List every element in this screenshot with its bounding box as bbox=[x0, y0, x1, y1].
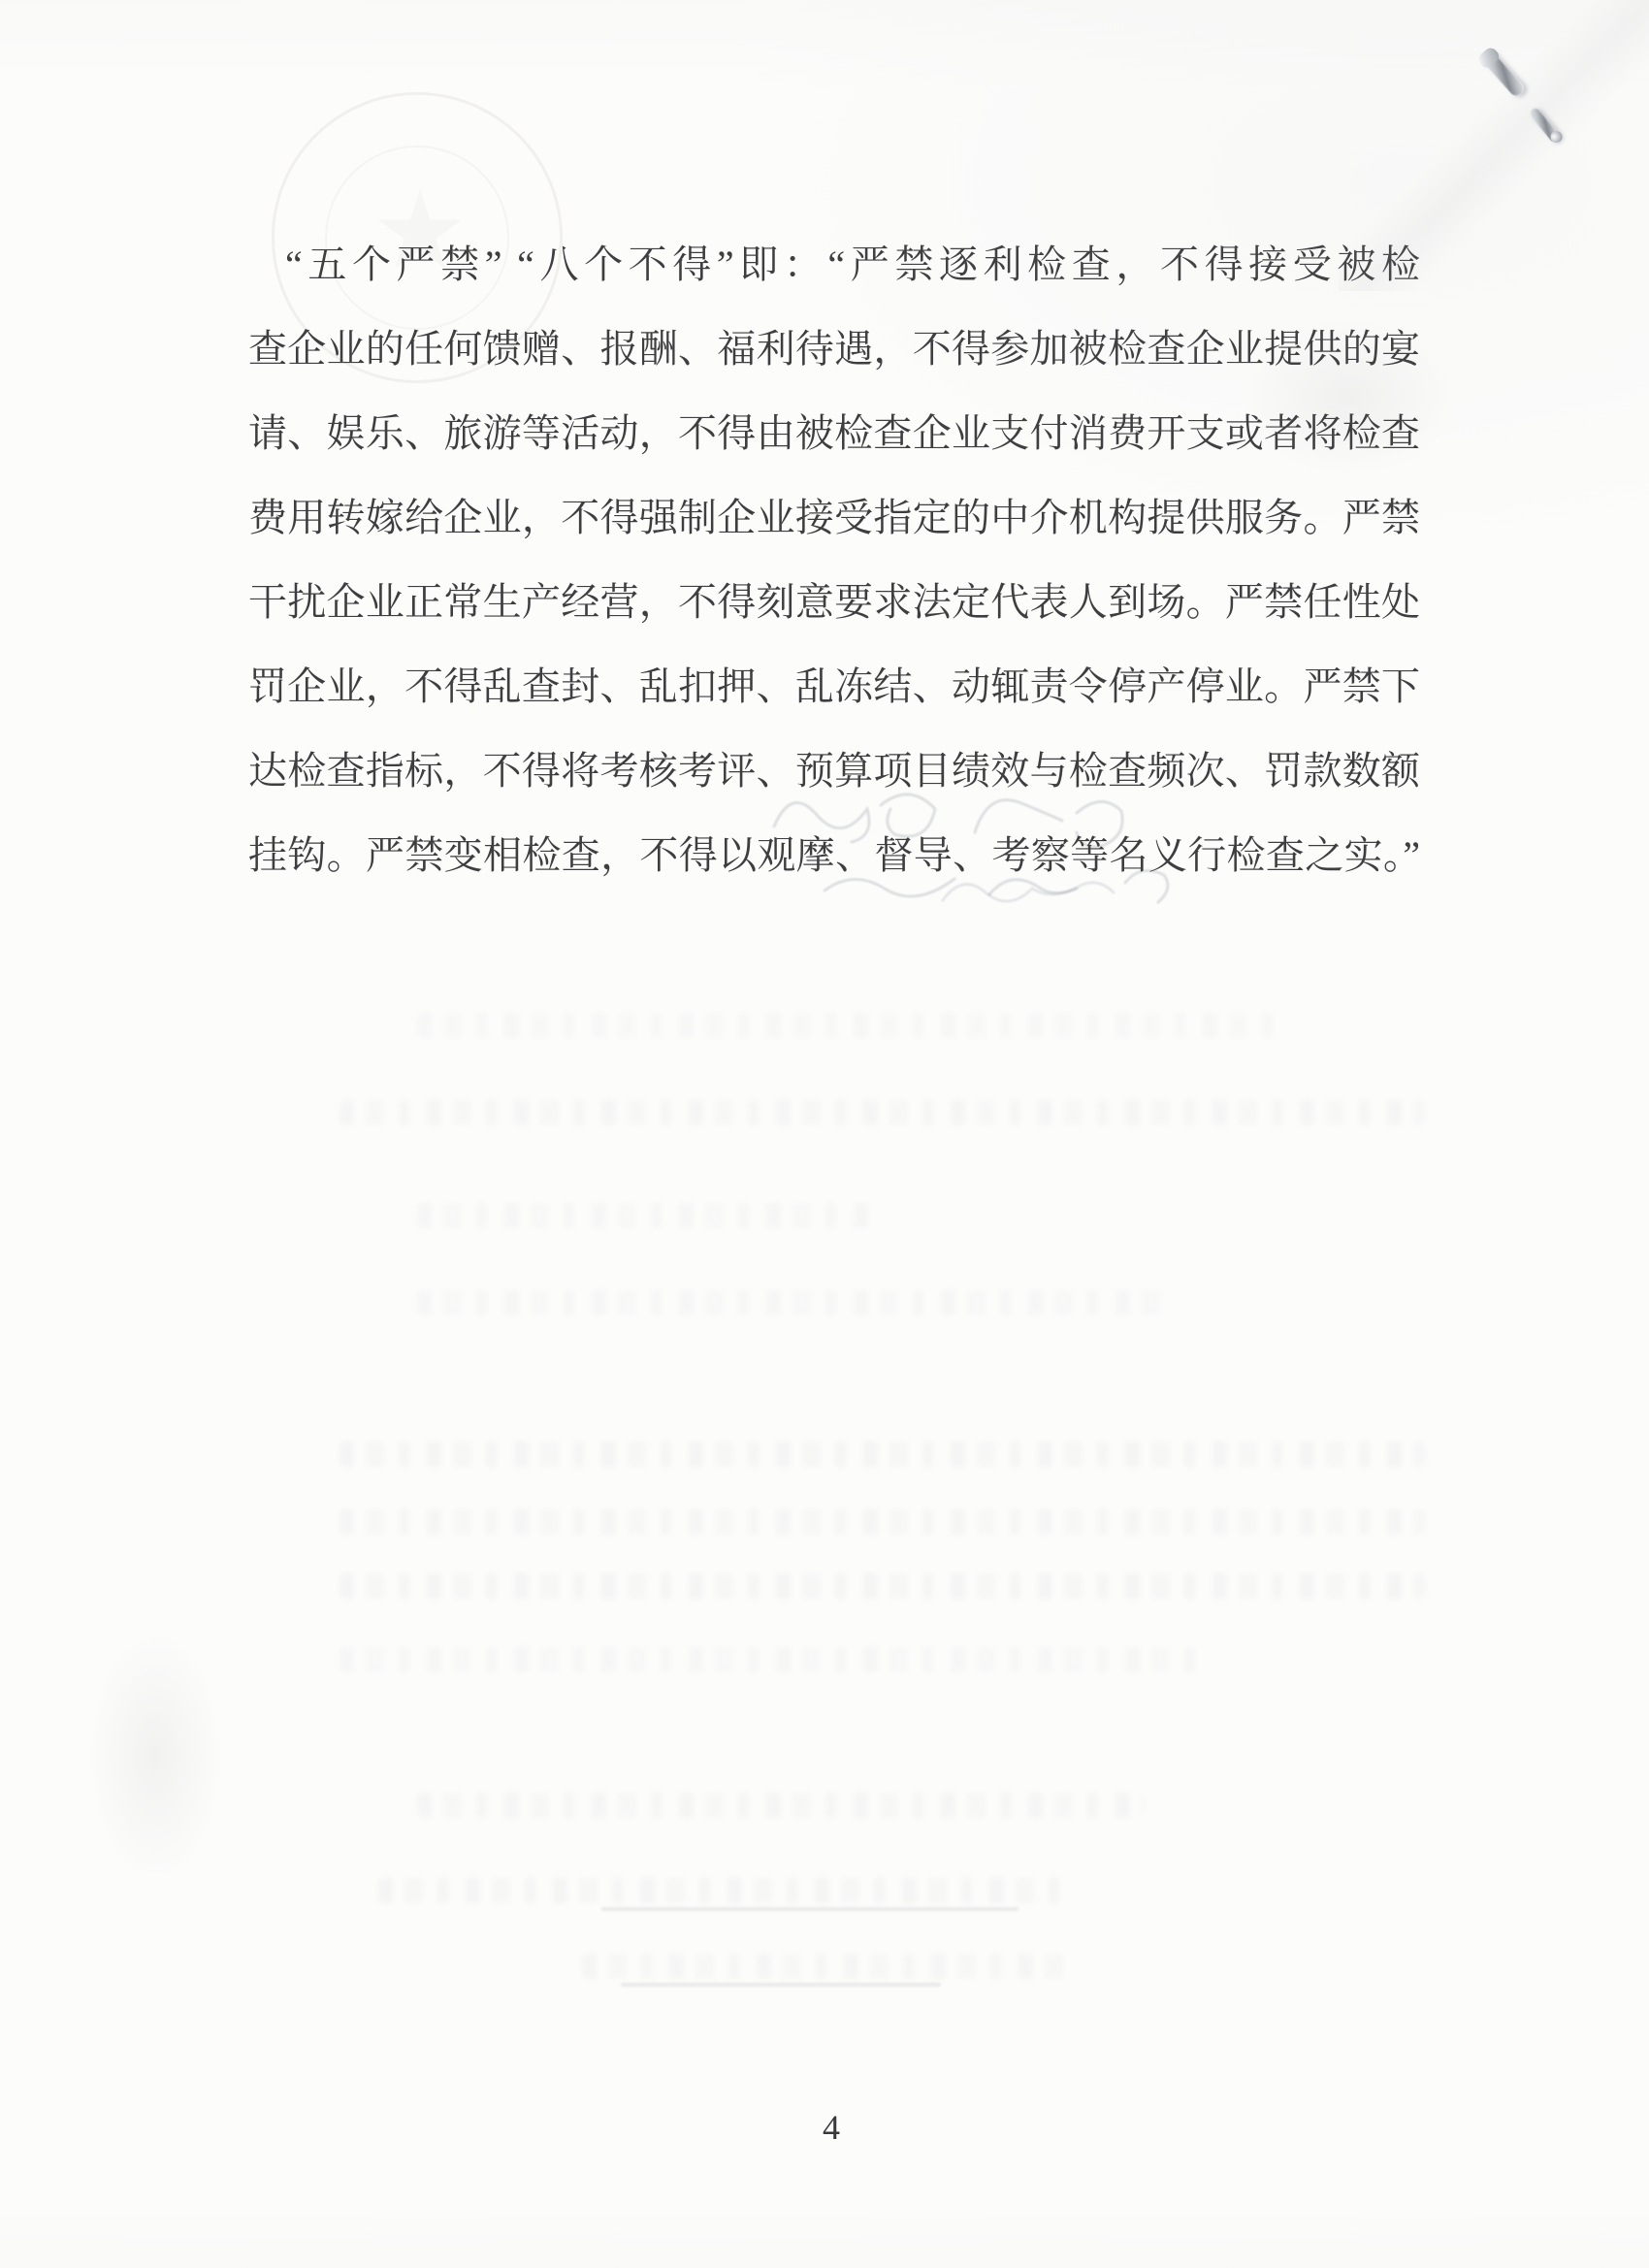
bleed-through-row bbox=[339, 1509, 1426, 1535]
paragraph-line: 挂钩。严禁变相检查，不得以观摩、督导、考察等名义行检查之实。” bbox=[248, 813, 1420, 897]
bleed-through-row bbox=[417, 1793, 1145, 1818]
bleed-through-row bbox=[378, 1878, 1067, 1903]
bleed-through-row bbox=[417, 1203, 873, 1228]
staple-upper-segment bbox=[1479, 49, 1527, 99]
bleed-through-row bbox=[339, 1100, 1426, 1125]
staple-lower-segment bbox=[1528, 106, 1562, 144]
bleed-through-underline bbox=[621, 1983, 941, 1987]
bleed-through-row bbox=[339, 1442, 1426, 1467]
scanned-document-page: “五个严禁” “八个不得”即：“严禁逐利检查，不得接受被检 查企业的任何馈赠、报… bbox=[0, 0, 1649, 2268]
bleed-through-row bbox=[339, 1647, 1212, 1672]
bleed-through-row bbox=[417, 1290, 1174, 1315]
bleed-through-row bbox=[417, 1013, 1290, 1038]
bleed-through-row bbox=[582, 1954, 1067, 1979]
body-paragraph: “五个严禁” “八个不得”即：“严禁逐利检查，不得接受被检 查企业的任何馈赠、报… bbox=[248, 222, 1420, 897]
paragraph-line: 干扰企业正常生产经营，不得刻意要求法定代表人到场。严禁任性处 bbox=[248, 560, 1420, 644]
bleed-through-row bbox=[339, 1573, 1426, 1599]
paragraph-line: 查企业的任何馈赠、报酬、福利待遇，不得参加被检查企业提供的宴 bbox=[248, 307, 1420, 391]
paragraph-line: 达检查指标，不得将考核考评、预算项目绩效与检查频次、罚款数额 bbox=[248, 729, 1420, 813]
paragraph-line: 费用转嫁给企业，不得强制企业接受指定的中介机构提供服务。严禁 bbox=[248, 475, 1420, 560]
page-number: 4 bbox=[0, 2107, 1649, 2148]
paragraph-line: 罚企业，不得乱查封、乱扣押、乱冻结、动辄责令停产停业。严禁下 bbox=[248, 644, 1420, 729]
bleed-through-underline bbox=[601, 1907, 1018, 1911]
paper-smudge bbox=[87, 1630, 223, 1882]
paragraph-line: 请、娱乐、旅游等活动，不得由被检查企业支付消费开支或者将检查 bbox=[248, 391, 1420, 475]
paragraph-line: “五个严禁” “八个不得”即：“严禁逐利检查，不得接受被检 bbox=[248, 222, 1420, 307]
staple-icon bbox=[1474, 29, 1591, 155]
